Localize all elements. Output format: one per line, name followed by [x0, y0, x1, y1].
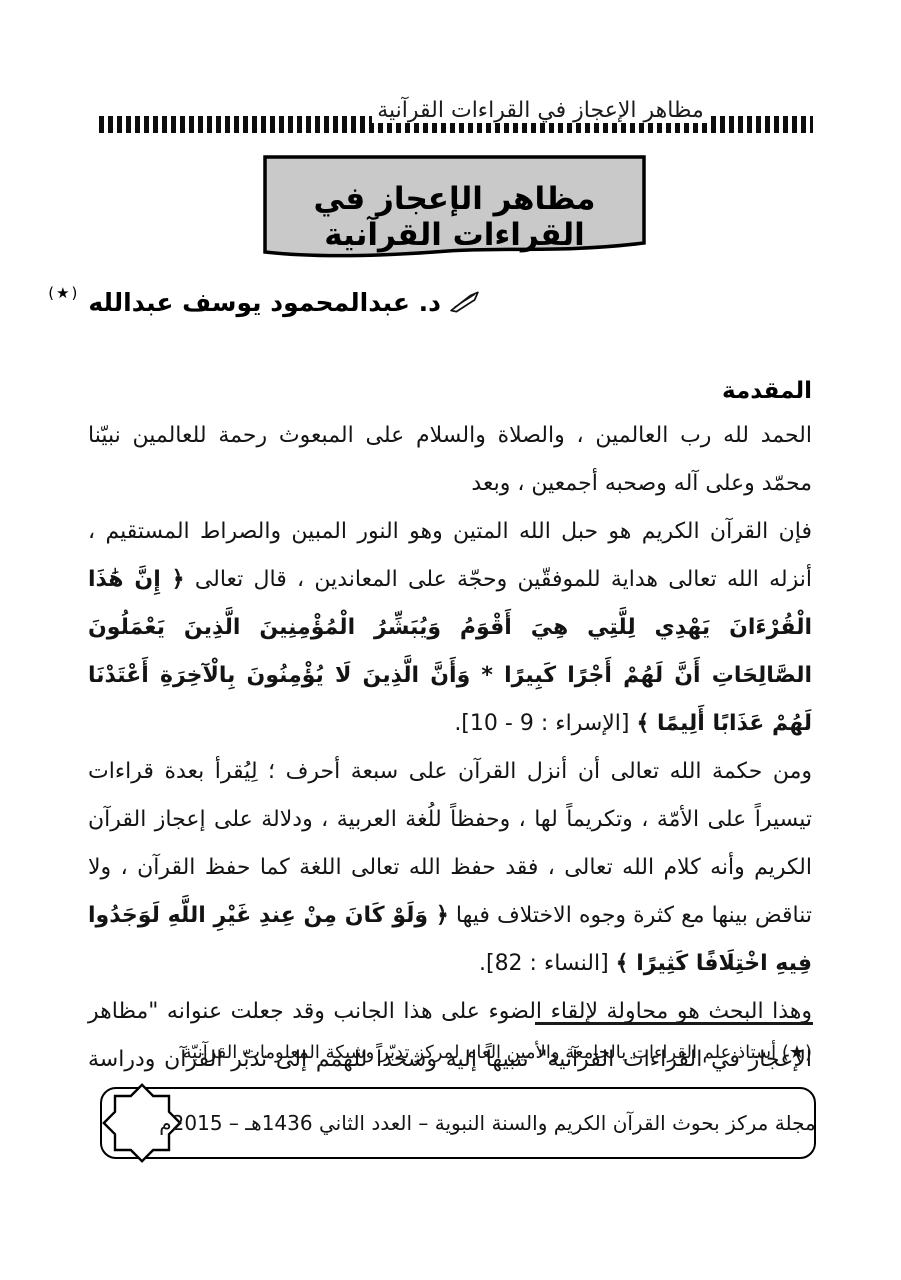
verse-reference-isra: [الإسراء : 9 - 10].	[454, 711, 636, 736]
article-title: مظاهر الإعجاز في القراءات القرآنية	[263, 181, 646, 253]
running-head: مظاهر الإعجاز في القراءات القرآنية	[180, 94, 901, 128]
quran-verse-isra: ﴿ إِنَّ هَٰذَا الْقُرْءَانَ يَهْدِي لِلَ…	[88, 567, 812, 736]
author-line: د. عبدالمحمود يوسف عبدالله (★)	[90, 288, 480, 317]
journal-citation: مجلة مركز بحوث القرآن الكريم والسنة النب…	[220, 1089, 755, 1157]
section-heading-introduction: المقدمة	[722, 378, 812, 404]
author-footnote-marker: (★)	[48, 284, 79, 302]
author-name: د. عبدالمحمود يوسف عبدالله	[88, 288, 441, 317]
verse-reference-nisa: [النساء : 82].	[479, 951, 616, 976]
footnote: (★) أستاذ علم القراءات بالجامعة والأمين …	[88, 1038, 812, 1068]
footnote-marker: (★)	[776, 1042, 812, 1063]
footnote-divider	[535, 1022, 813, 1025]
running-head-title: مظاهر الإعجاز في القراءات القرآنية	[372, 98, 709, 123]
paragraph-opening-text: الحمد لله رب العالمين ، والصلاة والسلام …	[88, 423, 812, 496]
document-page: مظاهر الإعجاز في القراءات القرآنية مظاهر…	[0, 0, 901, 1280]
paragraph-quran-rope-text: فإن القرآن الكريم هو حبل الله المتين وهو…	[88, 519, 812, 592]
paragraph-seven-ahruf: ومن حكمة الله تعالى أن أنزل القرآن على س…	[88, 748, 812, 988]
article-title-banner: مظاهر الإعجاز في القراءات القرآنية	[263, 155, 646, 267]
footnote-text: أستاذ علم القراءات بالجامعة والأمين العا…	[183, 1042, 776, 1063]
journal-footer-box: مجلة مركز بحوث القرآن الكريم والسنة النب…	[100, 1087, 816, 1159]
paragraph-opening: الحمد لله رب العالمين ، والصلاة والسلام …	[88, 412, 812, 508]
pen-icon	[450, 290, 480, 319]
paragraph-quran-rope: فإن القرآن الكريم هو حبل الله المتين وهو…	[88, 508, 812, 748]
